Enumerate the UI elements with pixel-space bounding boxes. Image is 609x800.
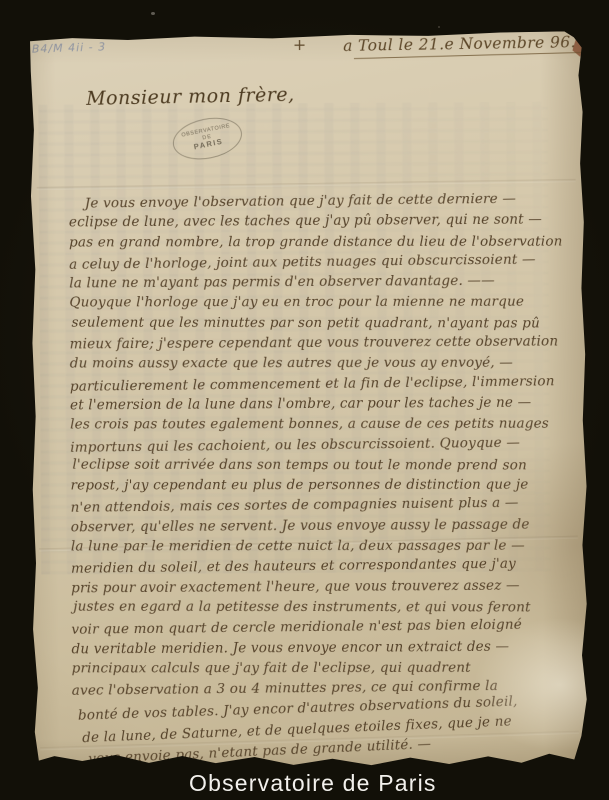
dust-speck xyxy=(438,26,440,28)
manuscript-body: Je vous envoye l'observation que j'ay fa… xyxy=(69,189,558,760)
archival-shelfmark: B4/M 4ii - 3 xyxy=(32,40,107,55)
dateline: a Toul le 21.e Novembre 96. xyxy=(326,33,576,55)
manuscript-line: les crois pas toutes egalement bonnes, a… xyxy=(70,414,556,435)
photo-caption: Observatoire de Paris xyxy=(189,770,437,797)
manuscript-line: du veritable meridien. Je vous envoye en… xyxy=(71,636,557,659)
photo-background: B4/M 4ii - 3 + a Toul le 21.e Novembre 9… xyxy=(0,0,609,800)
dateline-text: a Toul le 21.e Novembre 96. xyxy=(343,33,576,55)
manuscript-line: seulement que les minuttes par son petit… xyxy=(72,312,558,333)
plus-mark: + xyxy=(293,35,307,54)
manuscript-paper: B4/M 4ii - 3 + a Toul le 21.e Novembre 9… xyxy=(28,31,588,768)
manuscript-line: pris pour avoir exactement l'heure, que … xyxy=(71,575,557,598)
dust-speck xyxy=(151,12,155,15)
manuscript-line: eclipse de lune, avec les taches que j'a… xyxy=(69,210,555,233)
salutation: Monsieur mon frère, xyxy=(86,84,295,110)
manuscript-line: Quoyque l'horloge que j'ay eu en troc po… xyxy=(69,292,555,313)
manuscript-line: mieux faire; j'espere cependant que vous… xyxy=(70,332,556,355)
manuscript-line: observer, qu'elles ne servent. Je vous e… xyxy=(71,514,557,537)
stamp-line: PARIS xyxy=(193,138,224,152)
manuscript-line: l'eclipse soit arrivée dans son temps ou… xyxy=(72,454,558,475)
manuscript-line: du moins aussy exacte que les autres que… xyxy=(70,353,556,374)
